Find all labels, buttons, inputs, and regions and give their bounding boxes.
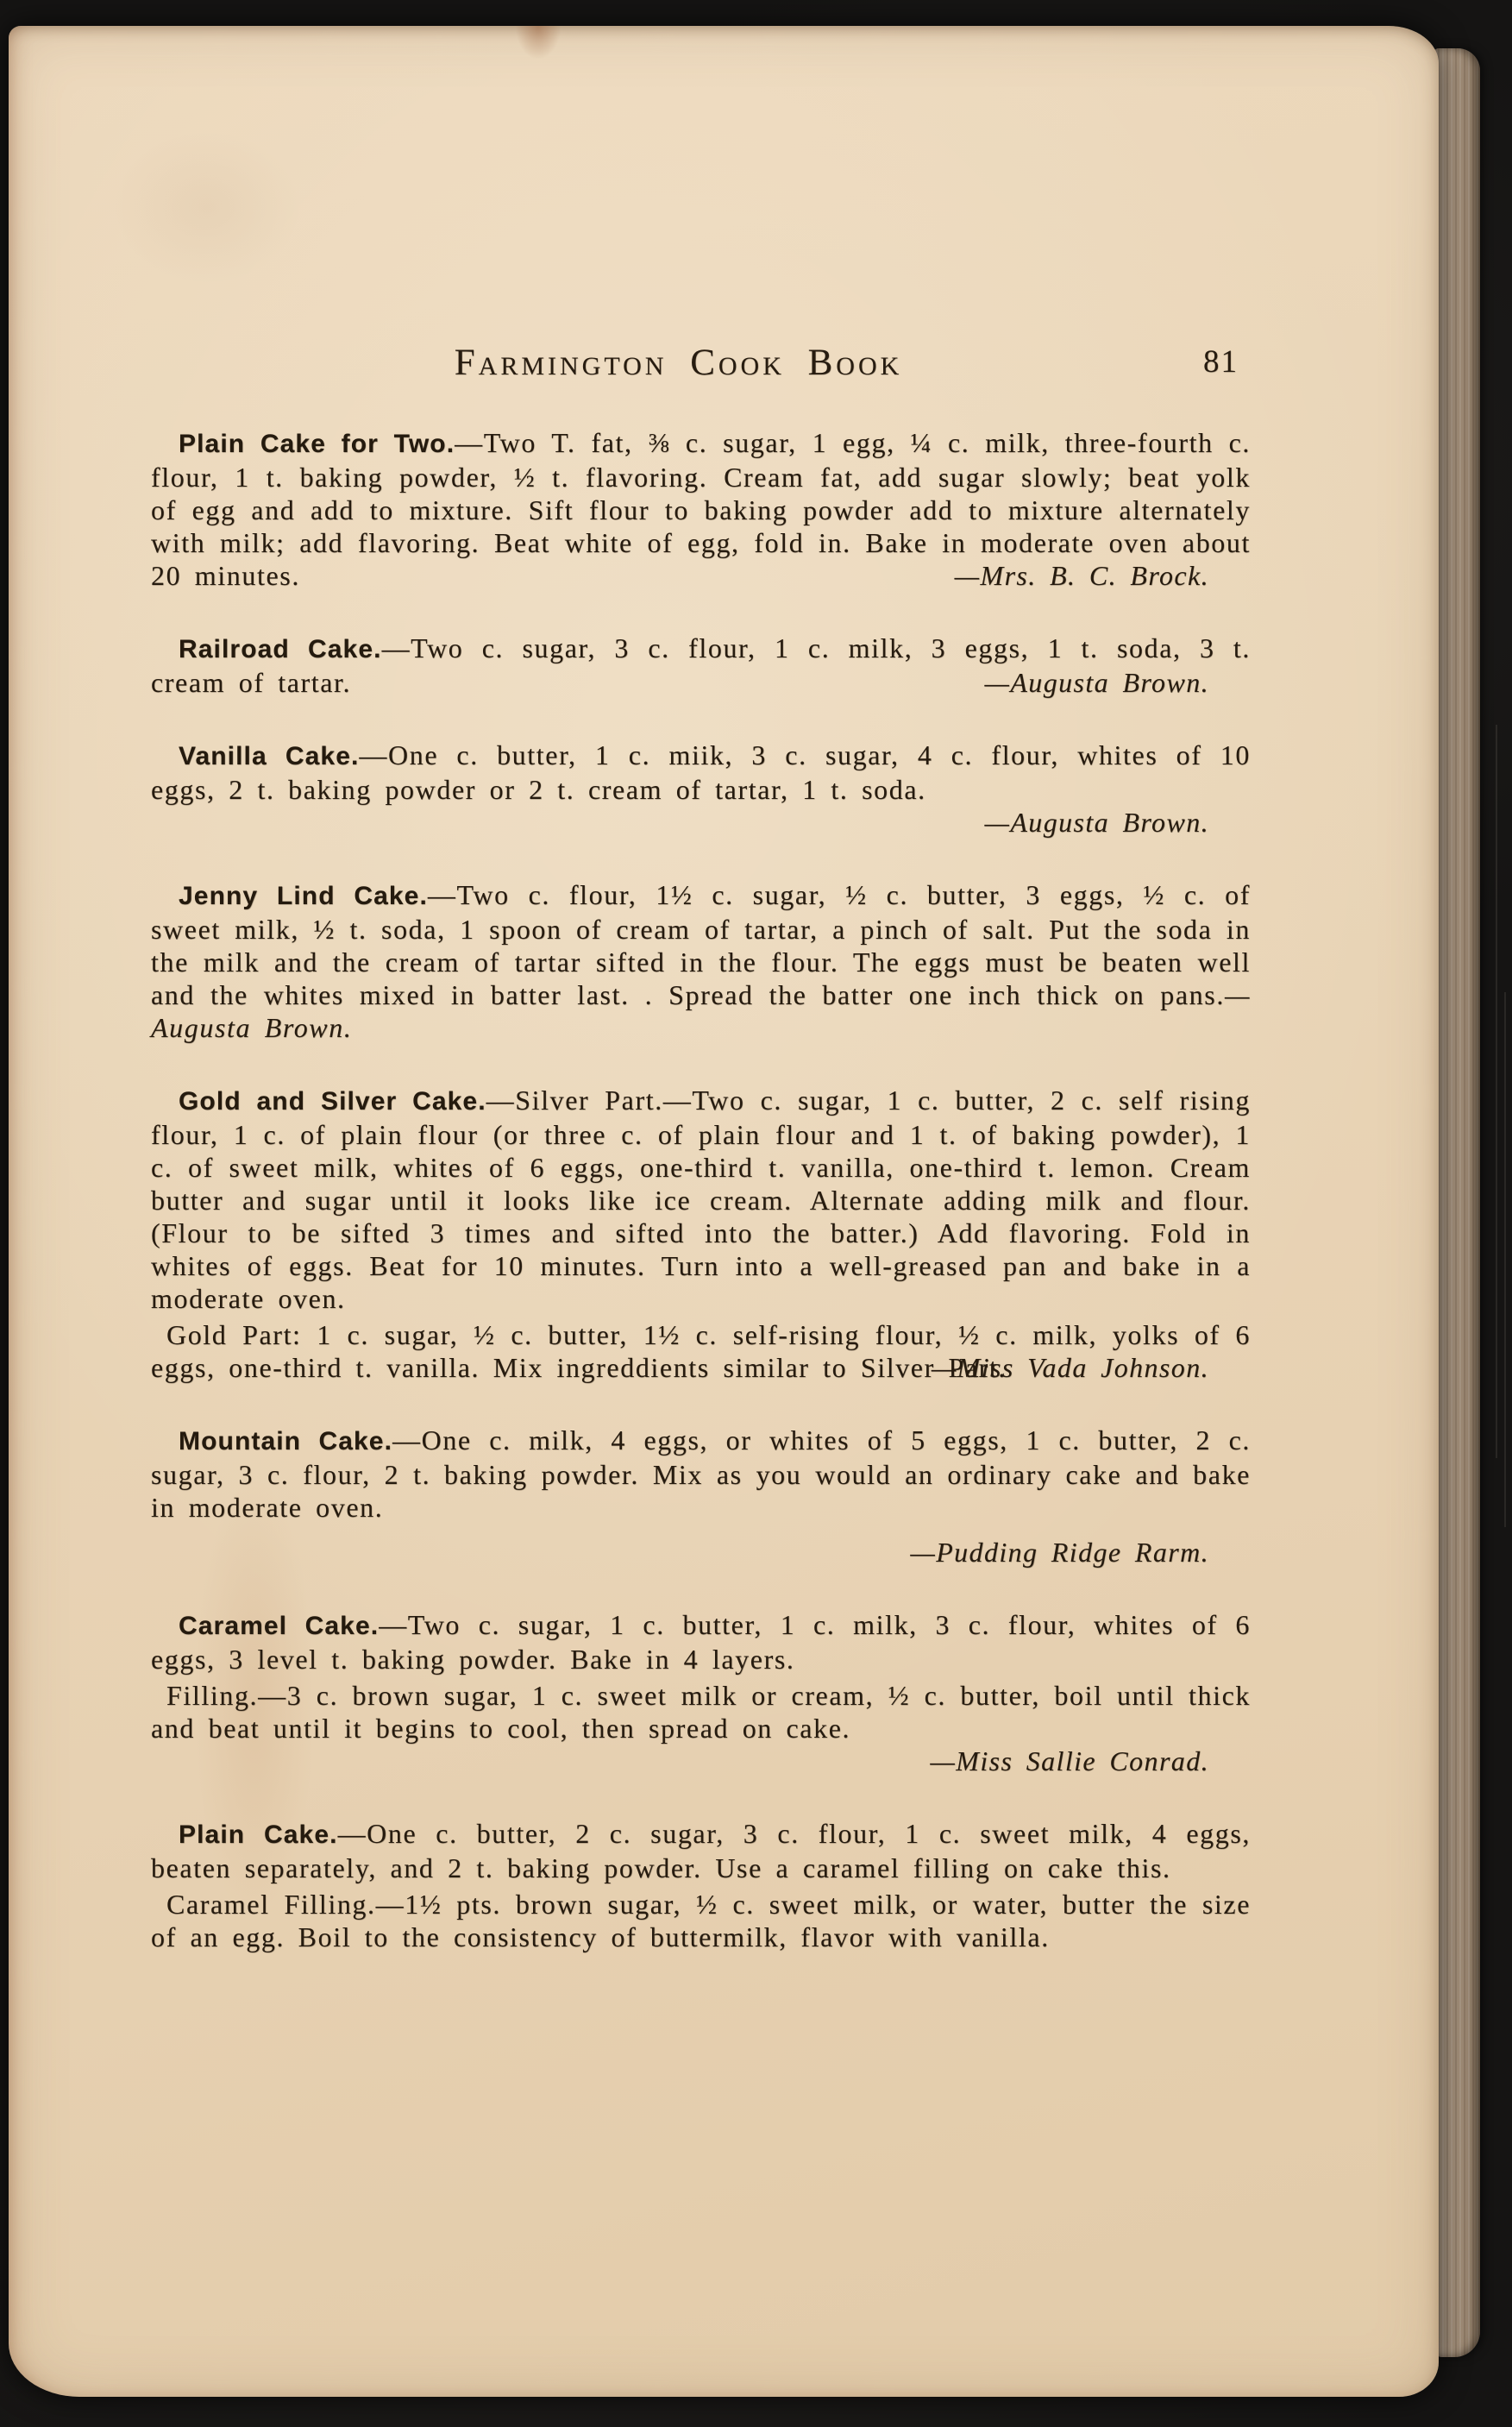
recipe-paragraph: Jenny Lind Cake.—Two c. flour, 1½ c. sug… [151,878,1251,1044]
recipe-paragraph: Caramel Cake.—Two c. sugar, 1 c. butter,… [151,1608,1251,1676]
recipe-vanilla-cake: Vanilla Cake.—One c. butter, 1 c. miik, … [151,739,1251,839]
recipe-paragraph: Vanilla Cake.—One c. butter, 1 c. miik, … [151,739,1251,806]
page-number: 81 [1203,346,1239,379]
recipe-railroad-cake: Railroad Cake.—Two c. sugar, 3 c. flour,… [151,632,1251,699]
recipe-paragraph: Filling.—3 c. brown sugar, 1 c. sweet mi… [151,1679,1251,1745]
book-title: Farmington Cook Book [455,343,903,383]
recipe-plain-cake: Plain Cake.—One c. butter, 2 c. sugar, 3… [151,1817,1251,1953]
recipe-paragraph: Gold and Silver Cake.—Silver Part.—Two c… [151,1084,1251,1315]
recipe-title: Caramel Filling. [166,1889,376,1920]
recipe-attribution: —Mrs. B. C. Brock. [151,559,1209,592]
recipe-title: Railroad Cake. [179,635,382,663]
recipe-jenny-lind-cake: Jenny Lind Cake.—Two c. flour, 1½ c. sug… [151,878,1251,1044]
recipe-title: Plain Cake for Two. [179,430,455,458]
recipe-text: —Silver Part.—Two c. sugar, 1 c. butter,… [151,1085,1251,1314]
page-content: Farmington Cook Book 81 Plain Cake for T… [151,343,1251,1953]
page-stack-edge [1434,48,1480,2357]
recipe-title: Jenny Lind Cake. [179,882,428,910]
recipe-title: Gold Part: [166,1319,302,1350]
page-header: Farmington Cook Book 81 [151,343,1251,383]
recipe-paragraph: Mountain Cake.—One c. milk, 4 eggs, or w… [151,1424,1251,1524]
book-page: Farmington Cook Book 81 Plain Cake for T… [9,26,1439,2397]
background-streak [1496,725,1497,1458]
recipe-title: Filling. [166,1680,258,1711]
recipe-title: Caramel Cake. [179,1612,379,1640]
recipe-title: Gold and Silver Cake. [179,1087,486,1116]
background-streak [1504,992,1506,1527]
recipe-plain-cake-for-two: Plain Cake for Two.—Two T. fat, ⅜ c. sug… [151,426,1251,592]
recipe-paragraph: Caramel Filling.—1½ pts. brown sugar, ½ … [151,1888,1251,1953]
recipe-attribution: —Pudding Ridge Rarm. [151,1536,1209,1569]
photo-background: { "header": { "title": "Farmington Cook … [0,0,1512,2427]
recipe-title: Mountain Cake. [179,1427,392,1456]
recipe-title: Plain Cake. [179,1820,338,1849]
page-stain-corner [112,129,302,285]
recipe-attribution: —Augusta Brown. [151,806,1209,839]
recipe-attribution: —Miss Sallie Conrad. [151,1745,1209,1777]
recipe-gold-and-silver-cake: Gold and Silver Cake.—Silver Part.—Two c… [151,1084,1251,1384]
recipe-paragraph: Plain Cake.—One c. butter, 2 c. sugar, 3… [151,1817,1251,1884]
recipe-list: Plain Cake for Two.—Two T. fat, ⅜ c. sug… [151,426,1251,1953]
recipe-caramel-cake: Caramel Cake.—Two c. sugar, 1 c. butter,… [151,1608,1251,1777]
recipe-title: Vanilla Cake. [179,742,359,770]
page-stain-top [516,26,561,59]
recipe-mountain-cake: Mountain Cake.—One c. milk, 4 eggs, or w… [151,1424,1251,1569]
recipe-text: —3 c. brown sugar, 1 c. sweet milk or cr… [151,1680,1251,1744]
